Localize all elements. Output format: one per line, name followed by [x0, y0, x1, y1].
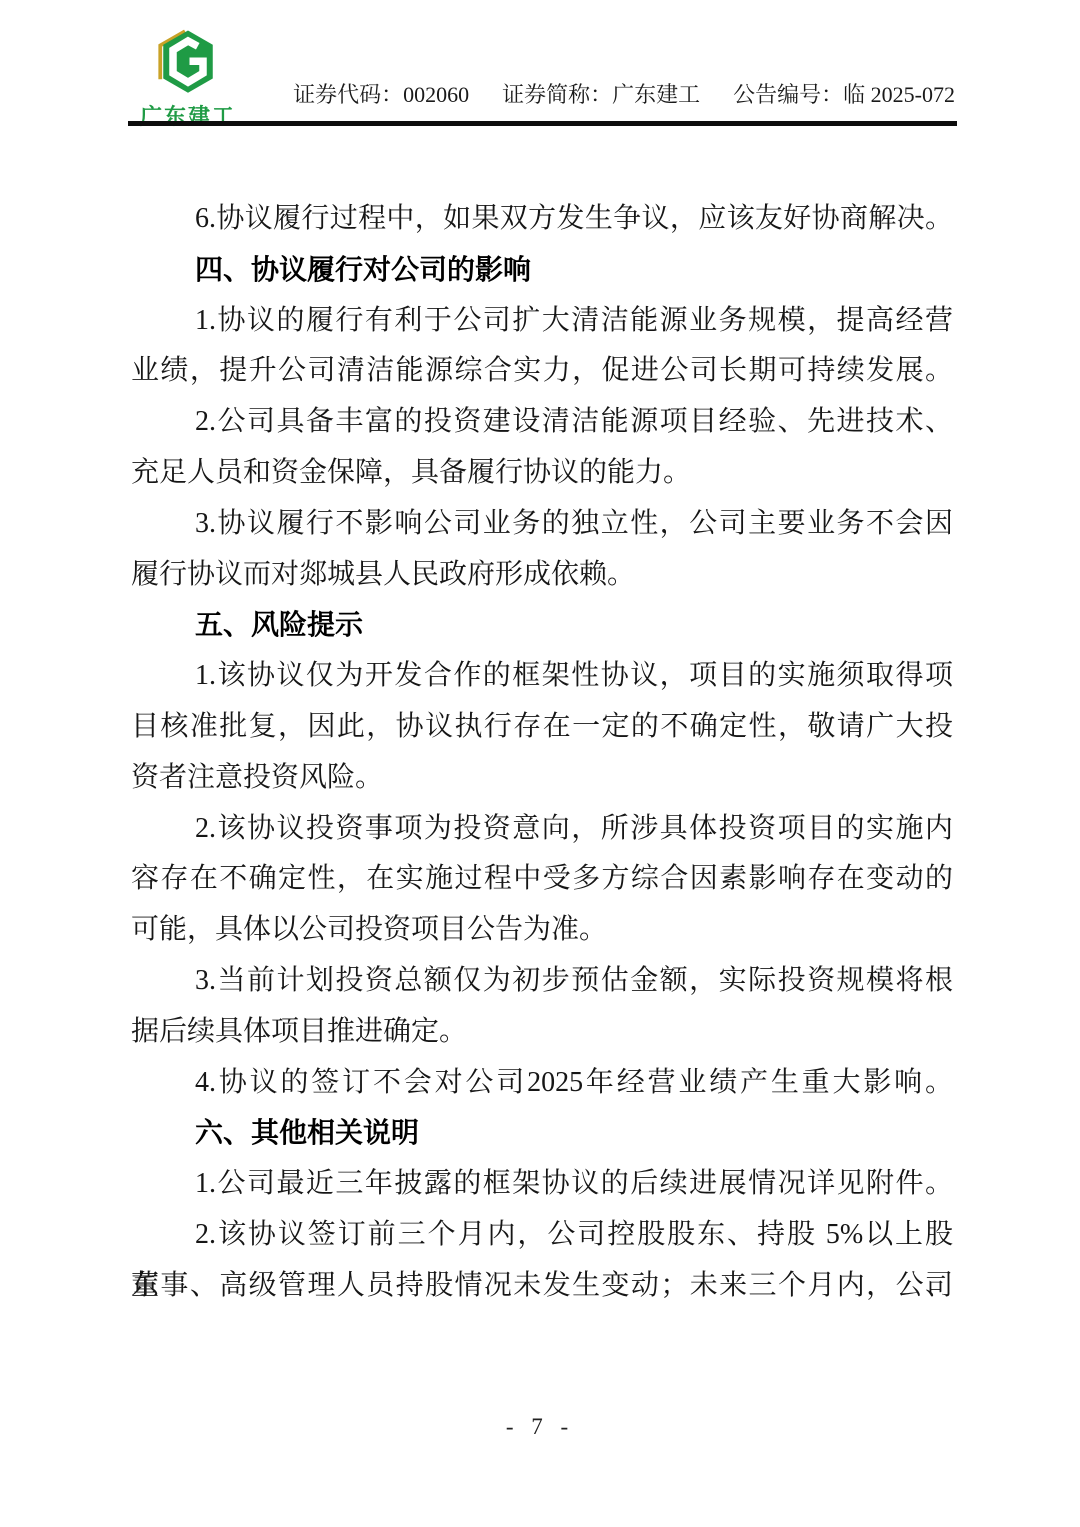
paragraph-line: 据后续具体项目推进确定。 [131, 1007, 953, 1058]
paragraph-line: 1.该协议仅为开发合作的框架性协议，项目的实施须取得项 [131, 651, 953, 702]
section-heading-4: 四、协议履行对公司的影响 [131, 245, 953, 296]
hexagon-g-logo-icon [146, 26, 230, 98]
page-number: - 7 - [0, 1414, 1080, 1440]
announcement-number: 公告编号：临 2025-072 [733, 78, 955, 109]
paragraph-line: 充足人员和资金保障，具备履行协议的能力。 [131, 448, 953, 499]
paragraph-line: 履行协议而对郯城县人民政府形成依赖。 [131, 550, 953, 601]
company-logo: 广东建工 [133, 26, 243, 131]
document-body: 6.协议履行过程中，如果双方发生争议，应该友好协商解决。 四、协议履行对公司的影… [131, 194, 953, 1312]
paragraph-line: 1.公司最近三年披露的框架协议的后续进展情况详见附件。 [131, 1159, 953, 1210]
logo-wordmark: 广东建工 [133, 100, 243, 131]
stock-name: 证券简称：广东建工 [502, 78, 700, 109]
paragraph-line: 目核准批复，因此，协议执行存在一定的不确定性，敬请广大投 [131, 702, 953, 753]
paragraph-line: 董事、高级管理人员持股情况未发生变动；未来三个月内，公司 [131, 1261, 953, 1312]
document-page: 广东建工 证券代码：002060 证券简称：广东建工 公告编号：临 2025-0… [0, 0, 1080, 1527]
paragraph-line: 6.协议履行过程中，如果双方发生争议，应该友好协商解决。 [131, 194, 953, 245]
paragraph-line: 可能，具体以公司投资项目公告为准。 [131, 905, 953, 956]
paragraph-line: 1.协议的履行有利于公司扩大清洁能源业务规模，提高经营 [131, 296, 953, 347]
paragraph-line: 2.公司具备丰富的投资建设清洁能源项目经验、先进技术、 [131, 397, 953, 448]
header-divider [128, 121, 957, 126]
stock-code: 证券代码：002060 [293, 78, 469, 109]
paragraph-line: 2.该协议投资事项为投资意向，所涉具体投资项目的实施内 [131, 804, 953, 855]
paragraph-line: 业绩，提升公司清洁能源综合实力，促进公司长期可持续发展。 [131, 346, 953, 397]
paragraph-line: 3.当前计划投资总额仅为初步预估金额，实际投资规模将根 [131, 956, 953, 1007]
paragraph-line: 资者注意投资风险。 [131, 753, 953, 804]
paragraph-line: 容存在不确定性，在实施过程中受多方综合因素影响存在变动的 [131, 854, 953, 905]
paragraph-line: 2.该协议签订前三个月内，公司控股股东、持股 5%以上股东、 [131, 1210, 953, 1261]
section-heading-6: 六、其他相关说明 [131, 1108, 953, 1159]
paragraph-line: 4.协议的签订不会对公司2025年经营业绩产生重大影响。 [131, 1058, 953, 1109]
section-heading-5: 五、风险提示 [131, 600, 953, 651]
paragraph-line: 3.协议履行不影响公司业务的独立性，公司主要业务不会因 [131, 499, 953, 550]
header-meta: 证券代码：002060 证券简称：广东建工 公告编号：临 2025-072 [293, 78, 955, 109]
